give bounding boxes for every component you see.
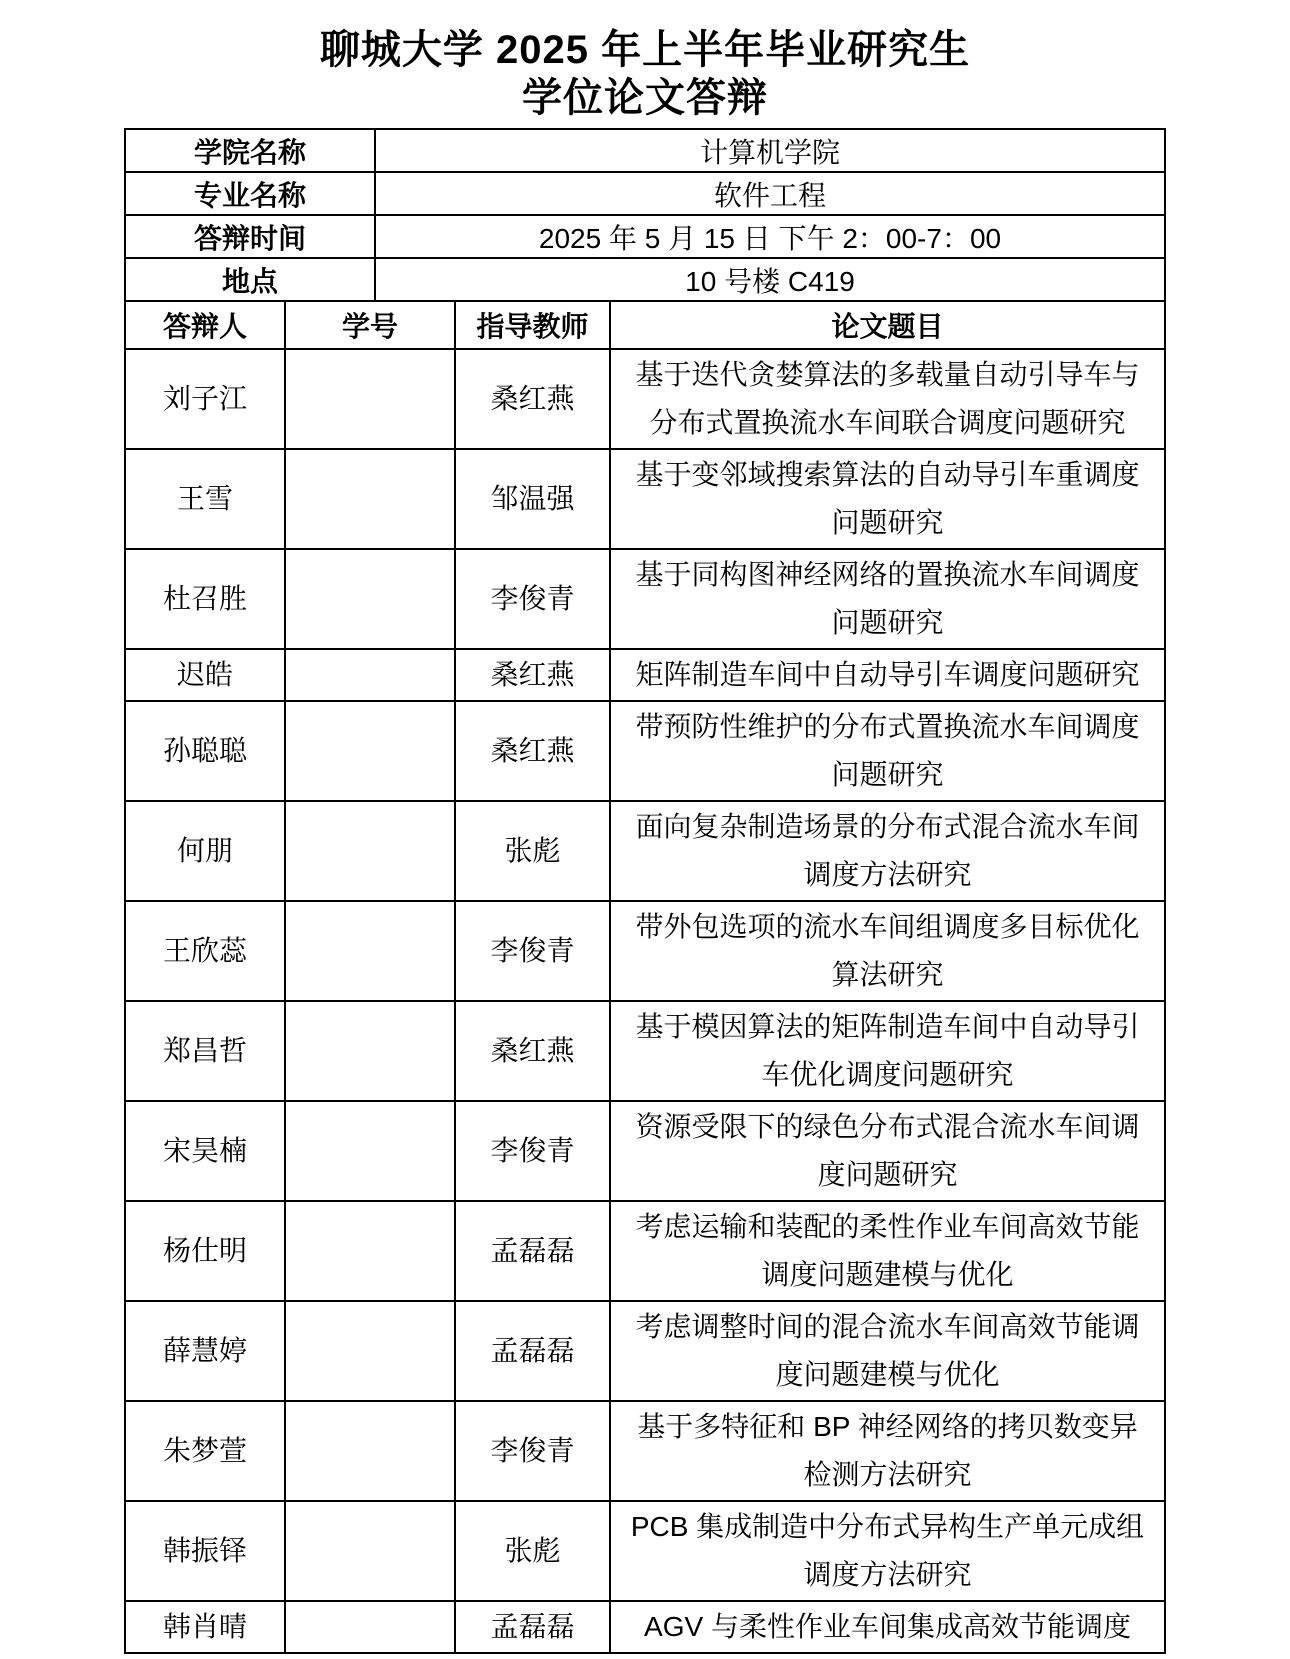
defense-schedule-table: 答辩人学号指导教师论文题目 刘子江 桑红燕 基于迭代贪婪算法的多载量自动引导车与… <box>124 300 1166 1654</box>
column-header: 答辩人 <box>125 301 285 349</box>
defender-name-cell: 韩振铎 <box>125 1501 285 1601</box>
student-id-cell <box>285 701 455 801</box>
advisor-cell: 邹温强 <box>455 449 610 549</box>
student-id-cell <box>285 549 455 649</box>
page-title: 聊城大学 2025 年上半年毕业研究生 学位论文答辩 <box>0 26 1290 122</box>
column-header: 学号 <box>285 301 455 349</box>
student-id-cell <box>285 1101 455 1201</box>
defender-name-cell: 迟皓 <box>125 649 285 701</box>
table-row: 王欣蕊 李俊青 带外包选项的流水车间组调度多目标优化算法研究 <box>125 901 1165 1001</box>
info-value: 软件工程 <box>375 172 1165 215</box>
defender-name-cell: 宋昊楠 <box>125 1101 285 1201</box>
thesis-title-cell: 资源受限下的绿色分布式混合流水车间调度问题研究 <box>610 1101 1165 1201</box>
thesis-title-cell: 基于模因算法的矩阵制造车间中自动导引车优化调度问题研究 <box>610 1001 1165 1101</box>
table-row: 朱梦萱 李俊青 基于多特征和 BP 神经网络的拷贝数变异检测方法研究 <box>125 1401 1165 1501</box>
advisor-cell: 李俊青 <box>455 549 610 649</box>
table-header-row: 答辩人学号指导教师论文题目 <box>125 301 1165 349</box>
document-page: 聊城大学 2025 年上半年毕业研究生 学位论文答辩 学院名称 计算机学院 专业… <box>0 0 1290 1659</box>
student-id-cell <box>285 801 455 901</box>
table-row: 薛慧婷 孟磊磊 考虑调整时间的混合流水车间高效节能调度问题建模与优化 <box>125 1301 1165 1401</box>
defender-name-cell: 朱梦萱 <box>125 1401 285 1501</box>
defender-name-cell: 韩肖晴 <box>125 1601 285 1653</box>
advisor-cell: 李俊青 <box>455 1101 610 1201</box>
advisor-cell: 张彪 <box>455 1501 610 1601</box>
defender-name-cell: 杨仕明 <box>125 1201 285 1301</box>
info-label: 学院名称 <box>125 129 375 172</box>
table-row: 迟皓 桑红燕 矩阵制造车间中自动导引车调度问题研究 <box>125 649 1165 701</box>
defense-info-table: 学院名称 计算机学院 专业名称 软件工程 答辩时间 2025 年 5 月 15 … <box>124 128 1166 302</box>
column-header: 论文题目 <box>610 301 1165 349</box>
thesis-title-cell: 基于多特征和 BP 神经网络的拷贝数变异检测方法研究 <box>610 1401 1165 1501</box>
defender-name-cell: 何朋 <box>125 801 285 901</box>
student-id-cell <box>285 1401 455 1501</box>
advisor-cell: 孟磊磊 <box>455 1301 610 1401</box>
student-id-cell <box>285 1001 455 1101</box>
advisor-cell: 桑红燕 <box>455 1001 610 1101</box>
thesis-title-cell: 考虑运输和装配的柔性作业车间高效节能调度问题建模与优化 <box>610 1201 1165 1301</box>
student-id-cell <box>285 1201 455 1301</box>
table-row: 韩振铎 张彪 PCB 集成制造中分布式异构生产单元成组调度方法研究 <box>125 1501 1165 1601</box>
table-row: 王雪 邹温强 基于变邻域搜索算法的自动导引车重调度问题研究 <box>125 449 1165 549</box>
table-body: 刘子江 桑红燕 基于迭代贪婪算法的多载量自动引导车与分布式置换流水车间联合调度问… <box>125 349 1165 1653</box>
table-row: 宋昊楠 李俊青 资源受限下的绿色分布式混合流水车间调度问题研究 <box>125 1101 1165 1201</box>
advisor-cell: 张彪 <box>455 801 610 901</box>
student-id-cell <box>285 1501 455 1601</box>
advisor-cell: 桑红燕 <box>455 349 610 449</box>
table-row: 杜召胜 李俊青 基于同构图神经网络的置换流水车间调度问题研究 <box>125 549 1165 649</box>
page-title-line1: 聊城大学 2025 年上半年毕业研究生 <box>0 26 1290 74</box>
thesis-title-cell: 基于变邻域搜索算法的自动导引车重调度问题研究 <box>610 449 1165 549</box>
info-row: 学院名称 计算机学院 <box>125 129 1165 172</box>
info-row: 地点 10 号楼 C419 <box>125 258 1165 301</box>
defense-info-body: 学院名称 计算机学院 专业名称 软件工程 答辩时间 2025 年 5 月 15 … <box>125 129 1165 301</box>
defender-name-cell: 郑昌哲 <box>125 1001 285 1101</box>
student-id-cell <box>285 1601 455 1653</box>
table-row: 刘子江 桑红燕 基于迭代贪婪算法的多载量自动引导车与分布式置换流水车间联合调度问… <box>125 349 1165 449</box>
info-row: 专业名称 软件工程 <box>125 172 1165 215</box>
student-id-cell <box>285 1301 455 1401</box>
thesis-title-cell: 矩阵制造车间中自动导引车调度问题研究 <box>610 649 1165 701</box>
defender-name-cell: 王雪 <box>125 449 285 549</box>
thesis-title-cell: 带外包选项的流水车间组调度多目标优化算法研究 <box>610 901 1165 1001</box>
thesis-title-cell: 基于迭代贪婪算法的多载量自动引导车与分布式置换流水车间联合调度问题研究 <box>610 349 1165 449</box>
student-id-cell <box>285 649 455 701</box>
advisor-cell: 孟磊磊 <box>455 1601 610 1653</box>
thesis-title-cell: 考虑调整时间的混合流水车间高效节能调度问题建模与优化 <box>610 1301 1165 1401</box>
thesis-title-cell: 面向复杂制造场景的分布式混合流水车间调度方法研究 <box>610 801 1165 901</box>
table-row: 孙聪聪 桑红燕 带预防性维护的分布式置换流水车间调度问题研究 <box>125 701 1165 801</box>
advisor-cell: 桑红燕 <box>455 649 610 701</box>
table-row: 何朋 张彪 面向复杂制造场景的分布式混合流水车间调度方法研究 <box>125 801 1165 901</box>
column-header: 指导教师 <box>455 301 610 349</box>
defender-name-cell: 杜召胜 <box>125 549 285 649</box>
advisor-cell: 孟磊磊 <box>455 1201 610 1301</box>
thesis-title-cell: AGV 与柔性作业车间集成高效节能调度 <box>610 1601 1165 1653</box>
thesis-title-cell: PCB 集成制造中分布式异构生产单元成组调度方法研究 <box>610 1501 1165 1601</box>
info-value: 计算机学院 <box>375 129 1165 172</box>
defender-name-cell: 刘子江 <box>125 349 285 449</box>
info-value: 10 号楼 C419 <box>375 258 1165 301</box>
student-id-cell <box>285 901 455 1001</box>
advisor-cell: 李俊青 <box>455 1401 610 1501</box>
table-row: 杨仕明 孟磊磊 考虑运输和装配的柔性作业车间高效节能调度问题建模与优化 <box>125 1201 1165 1301</box>
info-value: 2025 年 5 月 15 日 下午 2：00-7：00 <box>375 215 1165 258</box>
info-label: 专业名称 <box>125 172 375 215</box>
info-row: 答辩时间 2025 年 5 月 15 日 下午 2：00-7：00 <box>125 215 1165 258</box>
thesis-title-cell: 带预防性维护的分布式置换流水车间调度问题研究 <box>610 701 1165 801</box>
info-label: 地点 <box>125 258 375 301</box>
table-row: 郑昌哲 桑红燕 基于模因算法的矩阵制造车间中自动导引车优化调度问题研究 <box>125 1001 1165 1101</box>
info-label: 答辩时间 <box>125 215 375 258</box>
thesis-title-cell: 基于同构图神经网络的置换流水车间调度问题研究 <box>610 549 1165 649</box>
advisor-cell: 桑红燕 <box>455 701 610 801</box>
student-id-cell <box>285 349 455 449</box>
advisor-cell: 李俊青 <box>455 901 610 1001</box>
student-id-cell <box>285 449 455 549</box>
defender-name-cell: 王欣蕊 <box>125 901 285 1001</box>
defender-name-cell: 薛慧婷 <box>125 1301 285 1401</box>
defender-name-cell: 孙聪聪 <box>125 701 285 801</box>
page-title-line2: 学位论文答辩 <box>0 74 1290 122</box>
table-row: 韩肖晴 孟磊磊 AGV 与柔性作业车间集成高效节能调度 <box>125 1601 1165 1653</box>
